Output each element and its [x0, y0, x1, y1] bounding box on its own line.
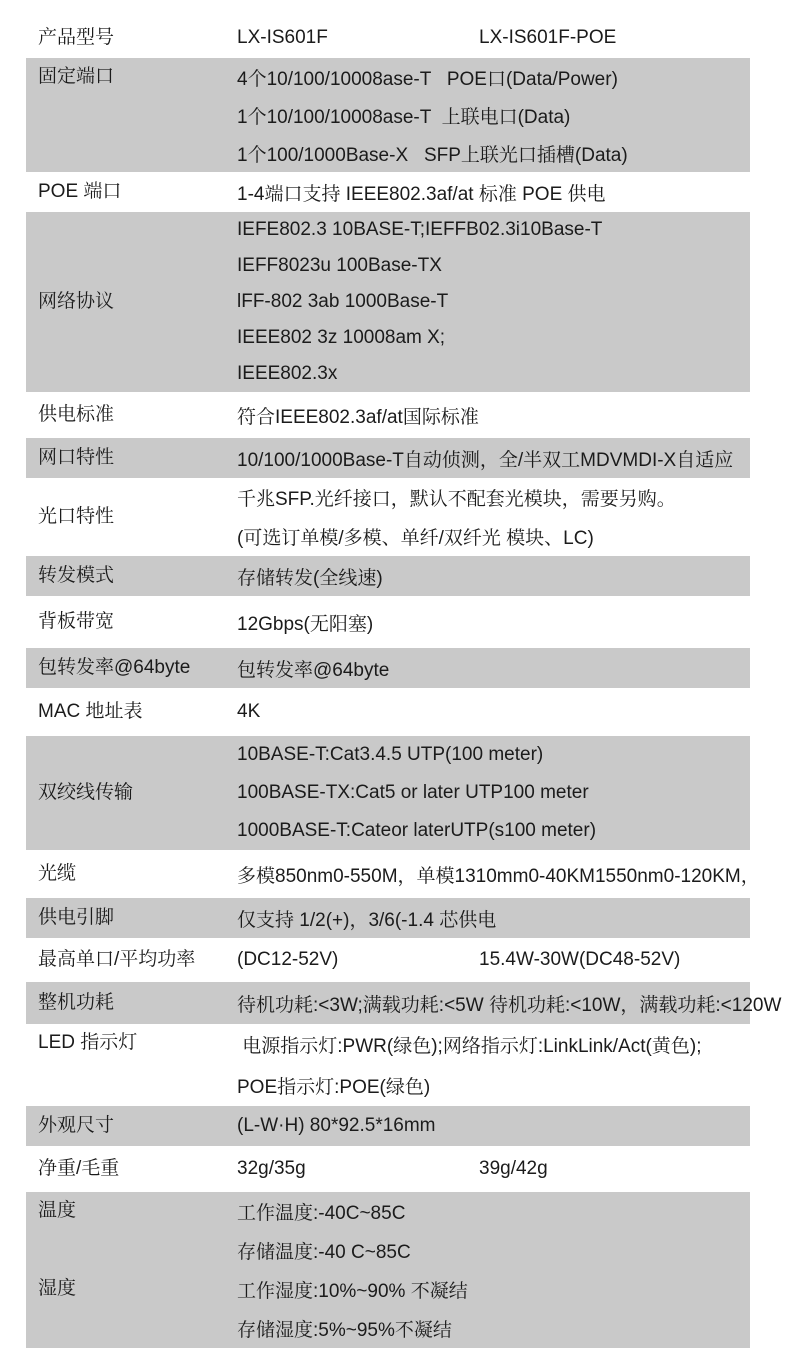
spec-value-line: 工作湿度:10%~90% 不凝结: [237, 1276, 750, 1303]
spec-label-net-gross-weight: 净重/毛重: [38, 1146, 237, 1192]
spec-value: 包转发率@64byte: [237, 655, 750, 682]
spec-label-power-pins: 供电引脚: [38, 898, 237, 938]
spec-value-line: 多模850nm0-550M，单模1310mm0-40KM1550nm0-120K…: [237, 861, 760, 888]
spec-value: 千兆SFP.光纤接口，默认不配套光模块，需要另购。: [237, 484, 750, 511]
spec-value-line: 仅支持 1/2(+)，3/6(-1.4 芯供电: [237, 905, 750, 932]
spec-label-power-standard: 供电标准: [38, 392, 237, 438]
spec-value-line: 存储转发(全线速): [237, 563, 750, 590]
spec-value-line: 4个10/100/10008ase-T POE口(Data/Power): [237, 64, 750, 91]
spec-value-line: 符合IEEE802.3af/at国际标准: [237, 402, 750, 429]
spec-label-optical-cable: 光缆: [38, 850, 237, 898]
spec-value: 10/100/1000Base-T自动侦测，全/半双工MDVMDI-X自适应: [237, 445, 750, 472]
spec-label-max-port-average-power: 最高单口/平均功率: [38, 938, 237, 982]
spec-value: lFF-802 3ab 1000Base-T: [237, 291, 750, 313]
spec-value-line: 待机功耗:<3W;满载功耗:<5W 待机功耗:<10W，满载功耗:<120W: [237, 990, 781, 1017]
spec-value-line: (L-W·H) 80*92.5*16mm: [237, 1115, 750, 1137]
spec-value: 1个10/100/10008ase-T 上联电口(Data): [237, 102, 750, 129]
spec-row-humidity: 湿度工作湿度:10%~90% 不凝结存储湿度:5%~95%不凝结: [26, 1270, 750, 1348]
spec-value-line: 1个10/100/10008ase-T 上联电口(Data): [237, 102, 750, 129]
spec-value: 电源指示灯:PWR(绿色);网络指示灯:LinkLink/Act(黄色);: [237, 1031, 750, 1058]
spec-value: 1个100/1000Base-X SFP上联光口插槽(Data): [237, 140, 750, 167]
spec-sheet: 产品型号LX-IS601FLX-IS601F-POE固定端口4个10/100/1…: [0, 0, 790, 1348]
spec-values-twisted-pair-transmission: 10BASE-T:Cat3.4.5 UTP(100 meter)100BASE-…: [237, 736, 750, 850]
spec-row-poe-port: POE 端口1-4端口支持 IEEE802.3af/at 标准 POE 供电: [26, 172, 750, 212]
spec-value-line: 100BASE-TX:Cat5 or later UTP100 meter: [237, 782, 750, 804]
spec-value: IEFE802.3 10BASE-T;IEFFB02.3i10Base-T: [237, 219, 750, 241]
spec-values-led-indicators: 电源指示灯:PWR(绿色);网络指示灯:LinkLink/Act(黄色);POE…: [237, 1024, 750, 1106]
spec-value-line: POE指示灯:POE(绿色): [237, 1072, 750, 1099]
spec-value: IEFF8023u 100Base-TX: [237, 255, 750, 277]
spec-value: 工作温度:-40C~85C: [237, 1198, 750, 1225]
spec-label-twisted-pair-transmission: 双绞线传输: [38, 736, 237, 850]
spec-value-line: (DC12-52V)15.4W-30W(DC48-52V): [237, 949, 750, 971]
spec-label-backplane-bandwidth: 背板带宽: [38, 596, 237, 648]
spec-value-line: 10BASE-T:Cat3.4.5 UTP(100 meter): [237, 744, 750, 766]
spec-value-line: 12Gbps(无阳塞): [237, 609, 750, 636]
spec-value-line: 1-4端口支持 IEEE802.3af/at 标准 POE 供电: [237, 179, 750, 206]
spec-row-power-pins: 供电引脚仅支持 1/2(+)，3/6(-1.4 芯供电: [26, 898, 750, 938]
spec-value: 工作湿度:10%~90% 不凝结: [237, 1276, 750, 1303]
spec-row-max-port-average-power: 最高单口/平均功率(DC12-52V)15.4W-30W(DC48-52V): [26, 938, 750, 982]
spec-row-twisted-pair-transmission: 双绞线传输10BASE-T:Cat3.4.5 UTP(100 meter)100…: [26, 736, 750, 850]
spec-value: 4个10/100/10008ase-T POE口(Data/Power): [237, 64, 750, 91]
spec-value: (DC12-52V): [237, 949, 479, 971]
spec-value-line: 1000BASE-T:Cateor laterUTP(s100 meter): [237, 820, 750, 842]
spec-values-dimensions: (L-W·H) 80*92.5*16mm: [237, 1106, 750, 1146]
spec-label-temperature: 温度: [38, 1192, 237, 1270]
spec-values-net-gross-weight: 32g/35g39g/42g: [237, 1146, 750, 1192]
spec-value: 1000BASE-T:Cateor laterUTP(s100 meter): [237, 820, 750, 842]
spec-value-line: IEFF8023u 100Base-TX: [237, 255, 750, 277]
spec-values-optical-port-features: 千兆SFP.光纤接口，默认不配套光模块，需要另购。(可选订单模/多模、单纤/双纤…: [237, 478, 750, 556]
spec-value-line: 电源指示灯:PWR(绿色);网络指示灯:LinkLink/Act(黄色);: [237, 1031, 750, 1058]
spec-value-line: 千兆SFP.光纤接口，默认不配套光模块，需要另购。: [237, 484, 750, 511]
spec-table: 产品型号LX-IS601FLX-IS601F-POE固定端口4个10/100/1…: [0, 18, 790, 1348]
spec-value-line: 32g/35g39g/42g: [237, 1158, 750, 1180]
spec-value: 存储转发(全线速): [237, 563, 750, 590]
spec-value: (可选订单模/多模、单纤/双纤光 模块、LC): [237, 523, 750, 550]
spec-value: IEEE802 3z 10008am X;: [237, 327, 750, 349]
spec-row-dimensions: 外观尺寸(L-W·H) 80*92.5*16mm: [26, 1106, 750, 1146]
spec-value-line: 存储湿度:5%~95%不凝结: [237, 1315, 750, 1342]
spec-row-total-power-consumption: 整机功耗待机功耗:<3W;满载功耗:<5W 待机功耗:<10W，满载功耗:<12…: [26, 982, 750, 1024]
spec-value: 15.4W-30W(DC48-52V): [479, 949, 680, 971]
spec-value: 存储温度:-40 C~85C: [237, 1237, 750, 1264]
spec-value-line: IEEE802 3z 10008am X;: [237, 327, 750, 349]
spec-value-line: lFF-802 3ab 1000Base-T: [237, 291, 750, 313]
spec-values-packet-forwarding-rate: 包转发率@64byte: [237, 648, 750, 688]
spec-row-network-protocols: 网络协议IEFE802.3 10BASE-T;IEFFB02.3i10Base-…: [26, 212, 750, 392]
spec-label-product-model: 产品型号: [38, 18, 237, 58]
spec-value: 多模850nm0-550M，单模1310mm0-40KM1550nm0-120K…: [237, 861, 760, 888]
spec-value-line: 4K: [237, 701, 750, 723]
spec-label-packet-forwarding-rate: 包转发率@64byte: [38, 648, 237, 688]
spec-label-poe-port: POE 端口: [38, 172, 237, 212]
spec-row-net-gross-weight: 净重/毛重32g/35g39g/42g: [26, 1146, 750, 1192]
spec-values-fixed-ports: 4个10/100/10008ase-T POE口(Data/Power)1个10…: [237, 58, 750, 172]
spec-values-optical-cable: 多模850nm0-550M，单模1310mm0-40KM1550nm0-120K…: [237, 850, 760, 898]
spec-value: 仅支持 1/2(+)，3/6(-1.4 芯供电: [237, 905, 750, 932]
spec-value-line: 存储温度:-40 C~85C: [237, 1237, 750, 1264]
spec-label-ethernet-port-features: 网口特性: [38, 438, 237, 478]
spec-values-mac-address-table: 4K: [237, 688, 750, 736]
spec-value-line: 包转发率@64byte: [237, 655, 750, 682]
spec-value-line: 10/100/1000Base-T自动侦测，全/半双工MDVMDI-X自适应: [237, 445, 750, 472]
spec-value: 10BASE-T:Cat3.4.5 UTP(100 meter): [237, 744, 750, 766]
spec-row-optical-port-features: 光口特性千兆SFP.光纤接口，默认不配套光模块，需要另购。(可选订单模/多模、单…: [26, 478, 750, 556]
spec-row-temperature: 温度工作温度:-40C~85C存储温度:-40 C~85C: [26, 1192, 750, 1270]
spec-value: 32g/35g: [237, 1158, 479, 1180]
spec-values-network-protocols: IEFE802.3 10BASE-T;IEFFB02.3i10Base-TIEF…: [237, 212, 750, 392]
spec-row-mac-address-table: MAC 地址表4K: [26, 688, 750, 736]
spec-value: 存储湿度:5%~95%不凝结: [237, 1315, 750, 1342]
spec-value: LX-IS601F-POE: [479, 27, 616, 49]
spec-value-line: LX-IS601FLX-IS601F-POE: [237, 27, 750, 49]
spec-value-line: (可选订单模/多模、单纤/双纤光 模块、LC): [237, 523, 750, 550]
spec-row-optical-cable: 光缆多模850nm0-550M，单模1310mm0-40KM1550nm0-12…: [26, 850, 750, 898]
spec-value: LX-IS601F: [237, 27, 479, 49]
spec-row-backplane-bandwidth: 背板带宽12Gbps(无阳塞): [26, 596, 750, 648]
spec-value: (L-W·H) 80*92.5*16mm: [237, 1115, 750, 1137]
spec-value: POE指示灯:POE(绿色): [237, 1072, 750, 1099]
spec-value: 1-4端口支持 IEEE802.3af/at 标准 POE 供电: [237, 179, 750, 206]
spec-row-fixed-ports: 固定端口4个10/100/10008ase-T POE口(Data/Power)…: [26, 58, 750, 172]
spec-values-power-pins: 仅支持 1/2(+)，3/6(-1.4 芯供电: [237, 898, 750, 938]
spec-values-poe-port: 1-4端口支持 IEEE802.3af/at 标准 POE 供电: [237, 172, 750, 212]
spec-value-line: IEFE802.3 10BASE-T;IEFFB02.3i10Base-T: [237, 219, 750, 241]
spec-value-line: 工作温度:-40C~85C: [237, 1198, 750, 1225]
spec-value: 39g/42g: [479, 1158, 548, 1180]
spec-row-packet-forwarding-rate: 包转发率@64byte包转发率@64byte: [26, 648, 750, 688]
spec-label-led-indicators: LED 指示灯: [38, 1024, 237, 1106]
spec-value: 12Gbps(无阳塞): [237, 609, 750, 636]
spec-value-line: IEEE802.3x: [237, 363, 750, 385]
spec-values-temperature: 工作温度:-40C~85C存储温度:-40 C~85C: [237, 1192, 750, 1270]
spec-label-forwarding-mode: 转发模式: [38, 556, 237, 596]
spec-row-product-model: 产品型号LX-IS601FLX-IS601F-POE: [26, 18, 750, 58]
spec-label-mac-address-table: MAC 地址表: [38, 688, 237, 736]
spec-values-forwarding-mode: 存储转发(全线速): [237, 556, 750, 596]
spec-values-humidity: 工作湿度:10%~90% 不凝结存储湿度:5%~95%不凝结: [237, 1270, 750, 1348]
spec-label-humidity: 湿度: [38, 1270, 237, 1348]
spec-label-optical-port-features: 光口特性: [38, 478, 237, 556]
spec-values-power-standard: 符合IEEE802.3af/at国际标准: [237, 392, 750, 438]
spec-value-line: 1个100/1000Base-X SFP上联光口插槽(Data): [237, 140, 750, 167]
spec-row-forwarding-mode: 转发模式存储转发(全线速): [26, 556, 750, 596]
spec-values-backplane-bandwidth: 12Gbps(无阳塞): [237, 596, 750, 648]
spec-label-network-protocols: 网络协议: [38, 212, 237, 392]
spec-row-ethernet-port-features: 网口特性10/100/1000Base-T自动侦测，全/半双工MDVMDI-X自…: [26, 438, 750, 478]
spec-values-total-power-consumption: 待机功耗:<3W;满载功耗:<5W 待机功耗:<10W，满载功耗:<120W: [237, 982, 781, 1024]
spec-label-fixed-ports: 固定端口: [38, 58, 237, 172]
spec-value: 待机功耗:<3W;满载功耗:<5W 待机功耗:<10W，满载功耗:<120W: [237, 990, 781, 1017]
spec-values-max-port-average-power: (DC12-52V)15.4W-30W(DC48-52V): [237, 938, 750, 982]
spec-value: 4K: [237, 701, 750, 723]
spec-values-ethernet-port-features: 10/100/1000Base-T自动侦测，全/半双工MDVMDI-X自适应: [237, 438, 750, 478]
spec-values-product-model: LX-IS601FLX-IS601F-POE: [237, 18, 750, 58]
spec-label-total-power-consumption: 整机功耗: [38, 982, 237, 1024]
spec-value: 100BASE-TX:Cat5 or later UTP100 meter: [237, 782, 750, 804]
spec-value: 符合IEEE802.3af/at国际标准: [237, 402, 750, 429]
spec-value: IEEE802.3x: [237, 363, 750, 385]
spec-row-power-standard: 供电标准符合IEEE802.3af/at国际标准: [26, 392, 750, 438]
spec-label-dimensions: 外观尺寸: [38, 1106, 237, 1146]
spec-row-led-indicators: LED 指示灯 电源指示灯:PWR(绿色);网络指示灯:LinkLink/Act…: [26, 1024, 750, 1106]
